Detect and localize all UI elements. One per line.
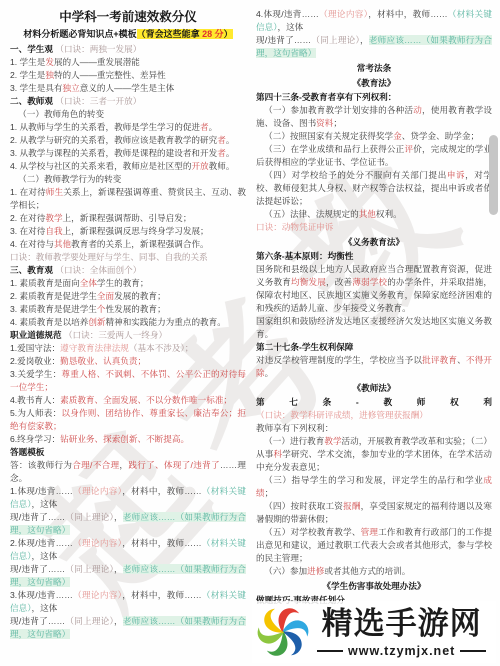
text-line: 2. 素质教育是促进学生全面发展的教育； [10, 290, 246, 303]
pinwheel-logo-icon [252, 601, 314, 663]
text-line: （三）指导学生的学习和发展，评定学生的品行和学业成绩； [256, 474, 492, 500]
logo-text-block: 精选手游网 www.tzymjx.net [317, 606, 486, 658]
text-line: 1. 素质教育是面向全体学生的教育； [10, 277, 246, 290]
text-line: 三、教育观 （口诀：全体面创个） [10, 264, 246, 277]
text-line: 第六条-基本原则：均衡性 [256, 250, 492, 263]
logo-name: 精选手游网 [322, 606, 482, 642]
left-rule [317, 650, 343, 653]
text-line: 4.体现/违背……（理论内容），材料中，教师……（材料关键信息），这体 [256, 8, 492, 34]
text-line: （一）进行教育教学活动，开展教育教学改革和实验；（二）从事科学研究、学术交流，参… [256, 435, 492, 474]
right-rule [460, 650, 486, 653]
text-line: （一）参加教育教学计划安排的各种活动，使用教育教学设施、设备、图书资料； [256, 104, 492, 130]
text-line: 5.为人师表：以身作则、团结协作、尊重家长、廉洁奉公；拒绝有偿家教； [10, 407, 246, 433]
text-line: 6.终身学习：钻研业务、探索创新、不断提高。 [10, 433, 246, 446]
text-line: 3. 在对待自我上，新课程强调反思与终身学习发展； [10, 225, 246, 238]
text-line: 4.教书育人：素质教育、全面发展、不以分数作唯一标准； [10, 394, 246, 407]
text-line: 3. 从教学与课程的关系看，教师是课程的建设者和开发者。 [10, 147, 246, 160]
text-line: 第四十三条-受教育者享有下列权利： [256, 91, 492, 104]
left-column: 中学科一考前速效救分仪材料分析题必背知识点+模板（背会这些能拿 28 分）一、学… [10, 8, 246, 641]
text-line: （三）在学业成绩和品行上获得公正评价，完成规定的学业后获得相应的学业证书、学位证… [256, 143, 492, 169]
text-line: 2.体现/违背……（理论内容），材料中，教师……（材料关键信息），这体 [10, 537, 246, 563]
text-line: 1.体现/违背……（理论内容），材料中，教师……（材料关键信息），这体 [10, 485, 246, 511]
text-line: 教师享有下列权利： [256, 422, 492, 435]
section-heading: 《义务教育法》 [256, 236, 492, 249]
text-line: 国家组织和鼓励经济发达地区支援经济欠发达地区实施义务教育。 [256, 315, 492, 341]
text-line: 1.爱国守法：遵守教育法律法规（基本不涉及）； [10, 342, 246, 355]
text-line: 1. 学生是发展的人——重发展潜能 [10, 56, 246, 69]
text-line: 国务院和县级以上地方人民政府应当合理配置教育资源，促进义务教育均衡发展，改善薄弱… [256, 263, 492, 315]
text-line: 4. 在对待与其他教育者的关系上，新课程强调合作。 [10, 238, 246, 251]
text-line: 3. 素质教育是促进学生个性发展的教育； [10, 303, 246, 316]
text-line: 口诀：动物凭证申诉 [256, 221, 492, 234]
text-line: 4. 从学校与社区的关系来看，教师应是社区型的开放教师。 [10, 160, 246, 173]
text-line: 2. 从教学与研究的关系看，教师应该是教育教学的研究者。 [10, 134, 246, 147]
text-line: （一）教师角色的转变 [10, 108, 246, 121]
scrollbar-thumb[interactable] [489, 135, 498, 215]
document-page: 起考教 中学科一考前速效救分仪材料分析题必背知识点+模板（背会这些能拿 28 分… [0, 0, 500, 666]
section-heading: 常考法条 [256, 62, 492, 75]
text-line: 1. 从教师与学生的关系看，教师是学生学习的促进者。 [10, 121, 246, 134]
text-line: （四）按时获取工资报酬，享受国家规定的福利待遇以及寒暑假期的带薪休假； [256, 500, 492, 526]
text-line: （四）对学校给予的处分不服向有关部门提出申诉，对学校、教师侵犯其人身权、财产权等… [256, 169, 492, 208]
section-heading: 《教育法》 [256, 77, 492, 90]
text-line: 答题模板 [10, 446, 246, 459]
text-line: 现/违背了……（同上理论），老师应该……（如果教师行为合理，这句省略） [256, 34, 492, 60]
text-line: 2. 学生是独特的人——重完整性、差异性 [10, 69, 246, 82]
right-column: 4.体现/违背……（理论内容），材料中，教师……（材料关键信息），这体现/违背了… [256, 8, 492, 607]
text-line: 4. 素质教育是以培养创新精神和实践能力为重点的教育。 [10, 316, 246, 329]
logo-website-row: www.tzymjx.net [317, 644, 486, 658]
text-line: 3. 学生是具有独立意义的人——学生是主体 [10, 82, 246, 95]
text-line: 第七条-教师权利 （口诀：教学科研评成绩，进修管理获报酬） [256, 396, 492, 422]
text-line: 现/违背了……（同上理论），老师应该……（如果教师行为合理，这句省略） [10, 511, 246, 537]
text-line: 答：该教师行为合理/不合理，践行了、体现了/违背了……理念。 [10, 459, 246, 485]
text-line: 职业道德规范 （口诀：三爱两人一终身） [10, 329, 246, 342]
page-title: 中学科一考前速效救分仪 [10, 9, 246, 26]
text-line: 口诀：教师教学要处理好与学生、同事、自我的关系 [10, 251, 246, 264]
text-line: 3.关爱学生：尊重人格、不讽刺、不体罚、公平公正的对待每一位学生； [10, 368, 246, 394]
text-line: （五）法律、法规规定的其他权利。 [256, 208, 492, 221]
text-line: 2. 在对待教学上，新课程强调帮助、引导启发； [10, 212, 246, 225]
logo-website: www.tzymjx.net [348, 644, 455, 658]
text-line: 现/违背了……（同上理论），老师应该……（如果教师行为合理，这句省略） [10, 563, 246, 589]
section-heading: 《学生伤害事故处理办法》 [256, 580, 492, 593]
text-line: （六）参加进修或者其他方式的培训。 [256, 565, 492, 578]
text-line: 二、教师观 （口诀：三者一开放） [10, 95, 246, 108]
text-line: 2.爱岗敬业：勤恳敬业、认真负责； [10, 355, 246, 368]
text-line: 1. 在对待师生关系上，新课程强调尊重、赞赏民主、互动、教学相长； [10, 186, 246, 212]
text-line: 对违反学校管理制度的学生，学校应当予以批评教育、不得开除。 [256, 354, 492, 380]
text-line: （二）按照国家有关规定获得奖学金、贷学金、助学金； [256, 130, 492, 143]
text-line: （五）对学校教育教学、管理工作和教育行政部门的工作提出意见和建议，通过教职工代表… [256, 526, 492, 565]
text-line: 第二十七条-学生权利保障 [256, 341, 492, 354]
site-logo: 精选手游网 www.tzymjx.net [252, 601, 496, 663]
text-line: 一、学生观 （口诀：两独一发展） [10, 43, 246, 56]
text-line: 现/违背了……（同上理论），老师应该……（如果教师行为合理，这句省略） [10, 615, 246, 641]
text-line: 3.体现/违背……（理论内容），材料中，教师……（材料关键信息），这体 [10, 589, 246, 615]
section-heading: 《教师法》 [256, 382, 492, 395]
text-line: （二）教师教学行为的转变 [10, 173, 246, 186]
page-subtitle: 材料分析题必背知识点+模板（背会这些能拿 28 分） [10, 28, 246, 41]
